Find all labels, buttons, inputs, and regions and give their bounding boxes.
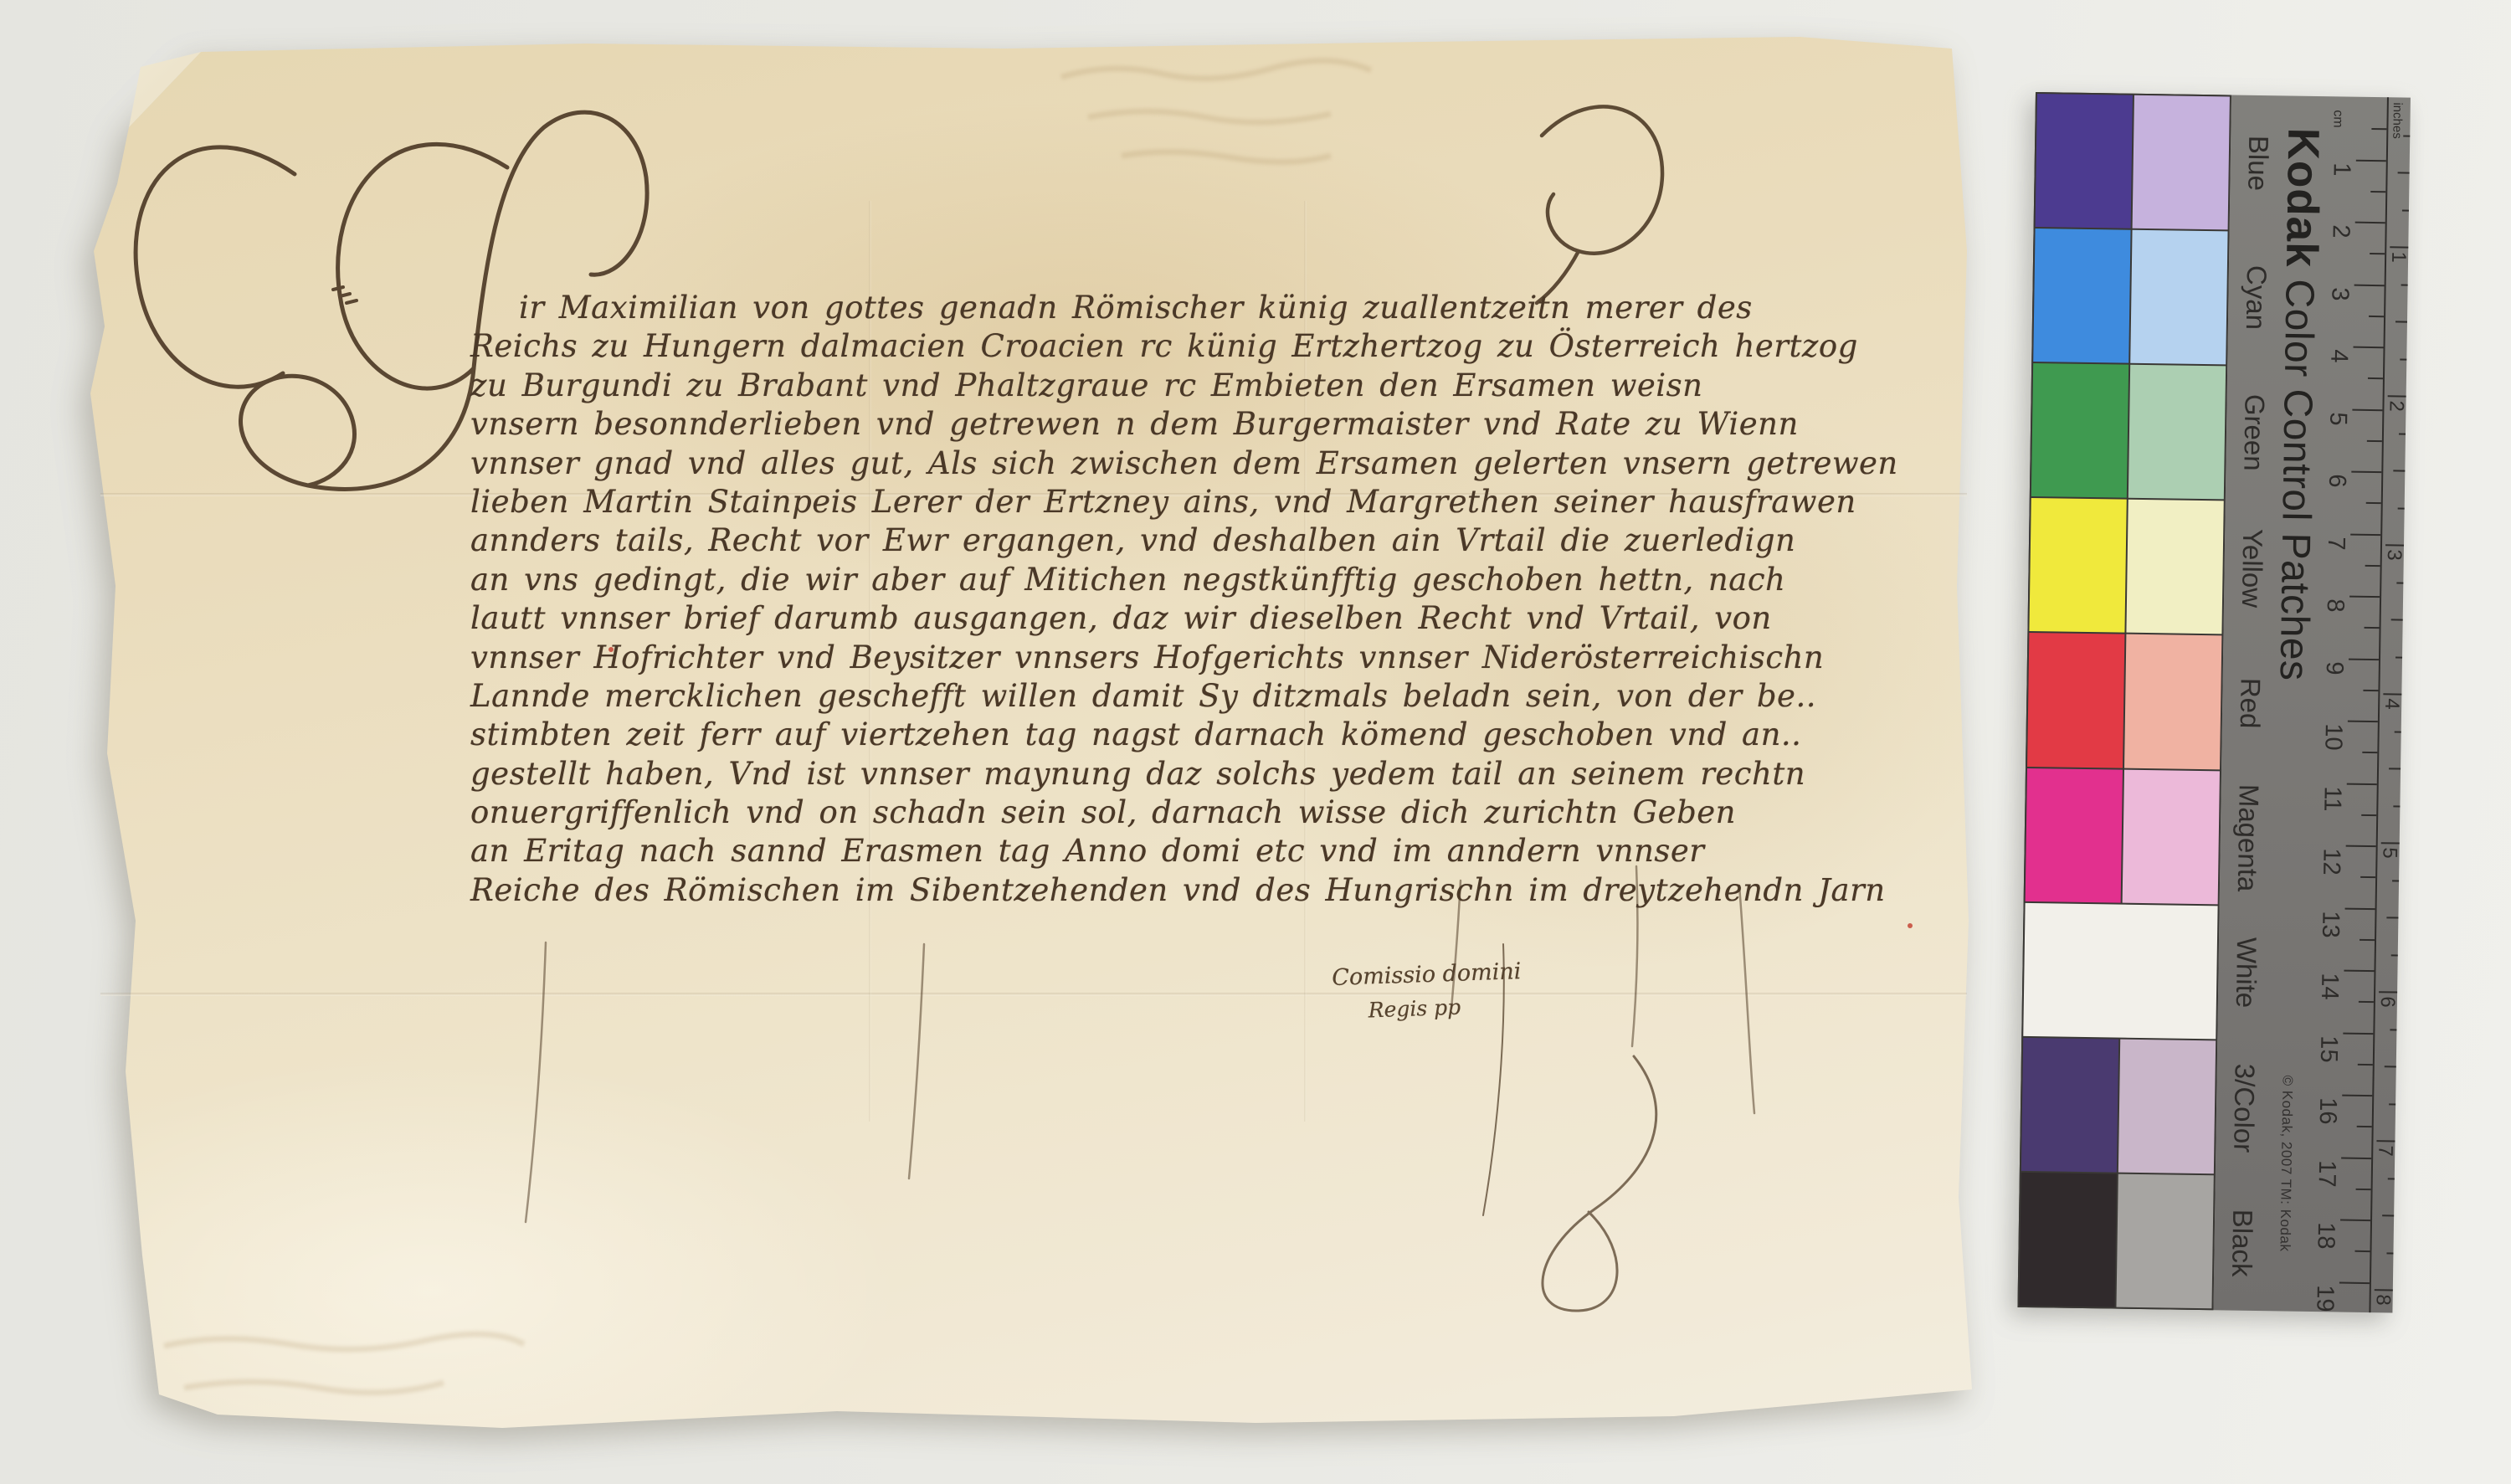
ruler-number-cm: 10 [2318, 723, 2346, 751]
ruler-tick-inch [2396, 582, 2403, 583]
patch-cyan-tint [2130, 230, 2227, 365]
ruler-tick-inch [2375, 1289, 2393, 1291]
ruler-number-inch: 1 [2386, 251, 2410, 263]
patch-row-blue [2036, 94, 2230, 230]
ruler-tick-cm [2350, 533, 2380, 536]
ruler-tick-cm [2349, 658, 2379, 660]
ruler-number-cm: 14 [2315, 973, 2343, 1000]
ruler-number-cm: 6 [2323, 474, 2350, 488]
patch-label-yellow: Yellow [2226, 500, 2277, 635]
ruler-tick-inch [2391, 619, 2403, 620]
ruler-number-cm: 8 [2321, 598, 2349, 613]
patch-green-tint [2128, 365, 2226, 500]
ruler-number-cm: 13 [2316, 911, 2344, 938]
ruler-tick-inch [2393, 470, 2405, 471]
patch-label-red: Red [2225, 635, 2275, 771]
patch-row-green [2031, 363, 2226, 500]
patch-green-solid [2031, 363, 2128, 498]
ruler-number-cm: 12 [2317, 848, 2344, 876]
ruler-tick-inch [2399, 433, 2406, 434]
ruler-number-cm: 2 [2326, 224, 2354, 239]
patch-label-3/color: 3/Color [2219, 1040, 2269, 1176]
ruler-tick-cm [2344, 970, 2374, 973]
ruler-tick-cm [2370, 191, 2385, 193]
scanned-manuscript-photo: ir Maximilian von gottes genadn Römische… [0, 0, 2511, 1484]
ruler-tick-cm [2358, 1064, 2373, 1066]
ruler-tick-cm [2368, 377, 2383, 379]
ruler-tick-inch [2385, 1066, 2396, 1067]
ruler-tick-cm [2342, 1095, 2372, 1097]
ruler-tick-cm [2371, 128, 2386, 130]
ruler-tick-cm [2359, 1001, 2374, 1003]
cm-unit-label: cm [2329, 110, 2344, 128]
patch-red-tint [2124, 634, 2221, 769]
ruler-tick-inch [2386, 1252, 2393, 1254]
ruler-tick-inch [2398, 172, 2410, 173]
inches-unit-label: inches [2390, 102, 2405, 139]
ruler-tick-cm [2348, 721, 2378, 723]
patch-grid [2017, 92, 2231, 1310]
ruler-number-inch: 4 [2380, 698, 2403, 710]
ruler-tick-cm [2369, 316, 2384, 317]
ruler-tick-inch [2379, 991, 2397, 993]
patch-label-magenta: Magenta [2223, 770, 2273, 906]
patch-row-magenta [2026, 768, 2220, 904]
patch-yellow-tint [2126, 500, 2223, 634]
ruler-tick-cm [2356, 159, 2386, 162]
patch-row-3/color [2021, 1038, 2216, 1174]
kodak-color-control-strip: Kodak Color Control Patches © Kodak, 200… [2017, 92, 2410, 1312]
ruler-number-cm: 7 [2322, 537, 2349, 551]
patch-black-tint [2116, 1173, 2213, 1308]
gray-ruler-bar: Kodak Color Control Patches © Kodak, 200… [2213, 95, 2411, 1312]
ruler-tick-cm [2356, 1189, 2371, 1190]
ruler-tick-inch [2403, 135, 2410, 136]
ruler-tick-cm [2352, 408, 2382, 411]
strip-wrap: Kodak Color Control Patches © Kodak, 200… [0, 0, 2511, 1484]
ruler-number-cm: 11 [2318, 786, 2345, 812]
ruler-tick-cm [2354, 347, 2384, 349]
ruler-tick-cm [2345, 907, 2375, 910]
ruler-tick-cm [2346, 845, 2376, 848]
patch-black-solid [2019, 1173, 2116, 1307]
ruler-tick-inch [2376, 1140, 2395, 1142]
patch-label-text: Black [2226, 1209, 2258, 1277]
patch-label-text: Green [2237, 394, 2270, 471]
ruler-number-cm: 16 [2313, 1097, 2341, 1125]
kodak-logo: Kodak [2277, 127, 2328, 268]
ruler-tick-cm [2360, 876, 2375, 878]
ruler-tick-cm [2354, 284, 2385, 286]
patch-white [2023, 903, 2217, 1040]
ruler-tick-inch [2388, 1178, 2395, 1179]
ruler-tick-cm [2349, 596, 2380, 598]
patch-label-text: Yellow [2236, 528, 2268, 608]
ruler-tick-cm [2351, 471, 2381, 474]
ruler-number-cm: 9 [2320, 661, 2348, 675]
patch-magenta-tint [2123, 769, 2220, 904]
ruler-number-cm: 1 [2328, 162, 2355, 177]
ruler-tick-cm [2343, 1032, 2373, 1035]
ruler-tick-inch [2393, 805, 2400, 807]
patch-label-text: 3/Color [2227, 1063, 2261, 1153]
patch-row-yellow [2029, 498, 2223, 634]
patch-label-black: Black [2216, 1175, 2267, 1311]
ruler-number-cm: 18 [2312, 1222, 2339, 1250]
patch-label-cyan: Cyan [2231, 230, 2281, 366]
patch-label-white: White [2221, 905, 2271, 1040]
ruler-tick-cm [2361, 814, 2376, 816]
ruler-number-inch: 6 [2375, 996, 2399, 1008]
ruler-number-inch: 7 [2373, 1145, 2396, 1157]
patch-label-text: Red [2234, 677, 2267, 728]
ruler-tick-cm [2367, 440, 2382, 442]
ruler-tick-inch [2390, 246, 2408, 248]
ruler-number-inch: 3 [2382, 549, 2406, 561]
ruler-tick-inch [2389, 1103, 2395, 1105]
patch-row-white [2023, 903, 2217, 1040]
patch-red-solid [2027, 633, 2124, 768]
ruler-tick-inch [2382, 1214, 2394, 1216]
ruler-tick-cm [2360, 939, 2375, 941]
ruler-tick-inch [2395, 656, 2402, 658]
ruler-tick-inch [2390, 1029, 2396, 1030]
ruler-tick-cm [2340, 1220, 2370, 1222]
ruler-tick-cm [2354, 1250, 2370, 1252]
patch-magenta-solid [2026, 768, 2123, 902]
ruler-tick-inch [2389, 768, 2401, 769]
ruler-tick-inch [2402, 209, 2409, 211]
patch-label-text: White [2230, 937, 2262, 1009]
ruler-tick-inch [2388, 395, 2406, 397]
ruler-tick-inch [2398, 507, 2405, 509]
ruler-tick-cm [2347, 783, 2377, 785]
patch-blue-solid [2036, 94, 2133, 229]
patch-label-green: Green [2229, 365, 2279, 501]
ruler-tick-inch [2391, 954, 2398, 956]
ruler-number-cm: 5 [2324, 412, 2351, 426]
patch-3/color-tint [2118, 1039, 2216, 1173]
patch-row-black [2019, 1173, 2213, 1309]
ruler-tick-inch [2395, 321, 2407, 322]
ruler-tick-cm [2365, 565, 2380, 567]
ruler-tick-cm [2370, 253, 2385, 254]
patch-blue-tint [2133, 95, 2230, 230]
patch-label-text: Cyan [2240, 265, 2272, 331]
ruler-tick-cm [2357, 1126, 2372, 1127]
ruler-tick-inch [2383, 693, 2401, 695]
patch-row-cyan [2033, 229, 2227, 365]
patch-label-text: Magenta [2231, 784, 2265, 892]
ruler-tick-cm [2365, 627, 2380, 629]
ruler-number-inch: 8 [2371, 1294, 2395, 1306]
patch-3/color-solid [2021, 1038, 2118, 1173]
ruler-tick-cm [2339, 1281, 2370, 1284]
ruler-tick-inch [2381, 842, 2400, 844]
ruler-tick-cm [2366, 502, 2381, 504]
ruler-number-inch: 5 [2377, 847, 2401, 859]
ruler-tick-inch [2395, 731, 2401, 732]
ruler-number-cm: 15 [2314, 1035, 2342, 1063]
patch-cyan-solid [2033, 229, 2130, 363]
patch-yellow-solid [2029, 498, 2126, 633]
ruler-number-cm: 4 [2324, 349, 2352, 363]
patch-row-red [2027, 633, 2221, 769]
patch-label-text: Blue [2241, 135, 2274, 191]
ruler-tick-inch [2385, 544, 2404, 546]
ruler-tick-cm [2355, 222, 2385, 224]
ruler-tick-cm [2362, 752, 2377, 753]
ruler-tick-inch [2392, 880, 2399, 881]
copyright-text: © Kodak, 2007 TM: Kodak [2276, 1075, 2295, 1251]
ruler-number-cm: 19 [2310, 1285, 2338, 1312]
ruler-tick-inch [2386, 917, 2398, 918]
ruler-tick-cm [2363, 690, 2378, 691]
ruler-number-cm: 3 [2325, 287, 2353, 301]
ruler-tick-inch [2401, 284, 2408, 285]
patch-label-blue: Blue [2233, 95, 2283, 231]
ruler-tick-inch [2400, 358, 2406, 360]
ruler-tick-cm [2341, 1157, 2371, 1159]
ruler-number-cm: 17 [2313, 1160, 2340, 1188]
ruler-number-inch: 2 [2384, 400, 2407, 412]
